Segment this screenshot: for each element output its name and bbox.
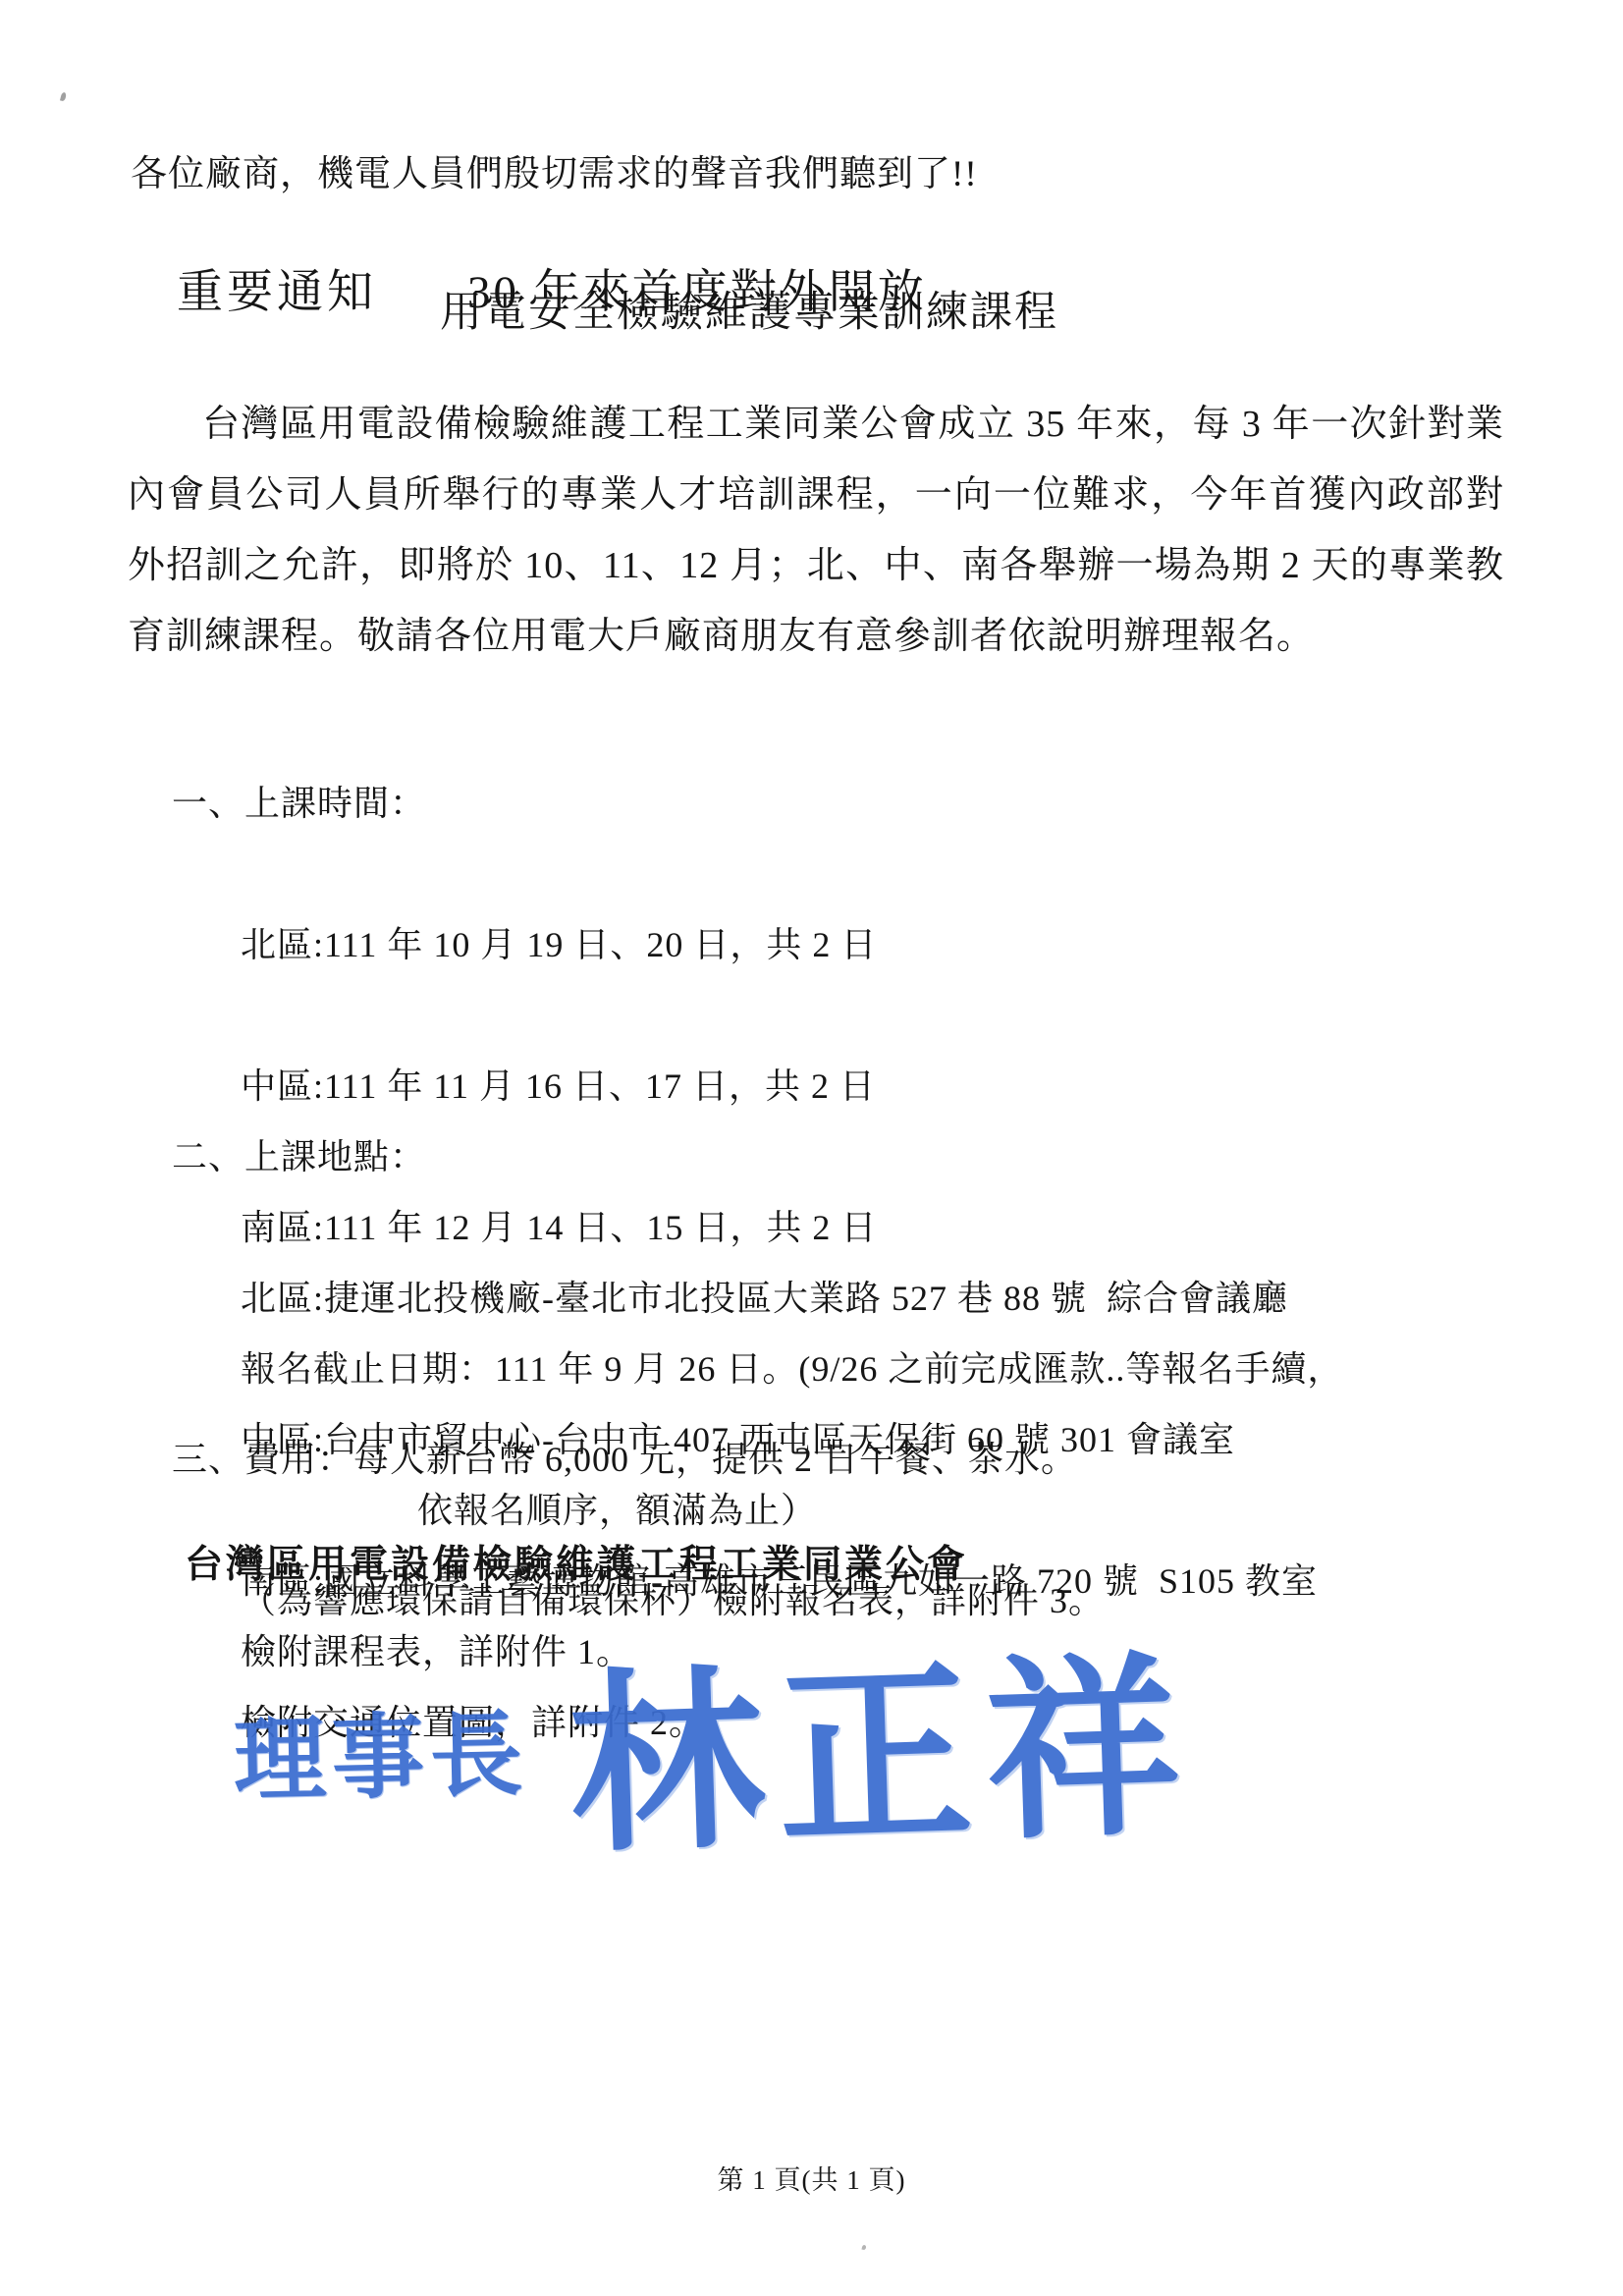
notice-label: 重要通知 xyxy=(177,267,377,318)
document-page: 各位廠商，機電人員們殷切需求的聲音我們聽到了!! 重要通知30 年來首度對外開放… xyxy=(0,0,1623,2296)
location-north: 北區:捷運北投機廠-臺北市北投區大業路 527 巷 88 號 綜合會議廳 xyxy=(241,1275,1318,1322)
section-heading: 二、上課地點： xyxy=(172,1133,1318,1180)
section-heading: 三、費用：每人新台幣 6,000 元，提供 2 日午餐、茶水。 xyxy=(172,1436,1105,1483)
chairman-stamp: 理事長 林正祥 xyxy=(234,1662,1194,1856)
organization-name: 台灣區用電設備檢驗維護工程工業同業公會 xyxy=(185,1534,968,1589)
section-title: 上課時間： xyxy=(244,780,1343,827)
stamp-signature: 林正祥 xyxy=(567,1652,1197,1866)
body-paragraph: 台灣區用電設備檢驗維護工程工業同業公會成立 35 年來，每 3 年一次針對業內會… xyxy=(128,389,1504,672)
schedule-north: 北區:111 年 10 月 19 日、20 日，共 2 日 xyxy=(241,921,1343,968)
intro-line: 各位廠商，機電人員們殷切需求的聲音我們聽到了!! xyxy=(131,143,978,196)
section-number: 三、 xyxy=(172,1436,244,1483)
section-number: 二、 xyxy=(172,1133,244,1180)
section-title: 費用：每人新台幣 6,000 元，提供 2 日午餐、茶水。 xyxy=(244,1436,1105,1483)
scan-artifact xyxy=(60,92,67,102)
section-number: 一、 xyxy=(172,780,244,827)
stamp-title: 理事長 xyxy=(233,1710,529,1808)
page-number: 第 1 頁(共 1 頁) xyxy=(0,2159,1623,2197)
section-title: 上課地點： xyxy=(244,1133,1318,1180)
scan-artifact xyxy=(861,2245,866,2251)
section-heading: 一、上課時間： xyxy=(172,780,1343,827)
subtitle: 用電安全檢驗維護專業訓練課程 xyxy=(440,279,1058,339)
